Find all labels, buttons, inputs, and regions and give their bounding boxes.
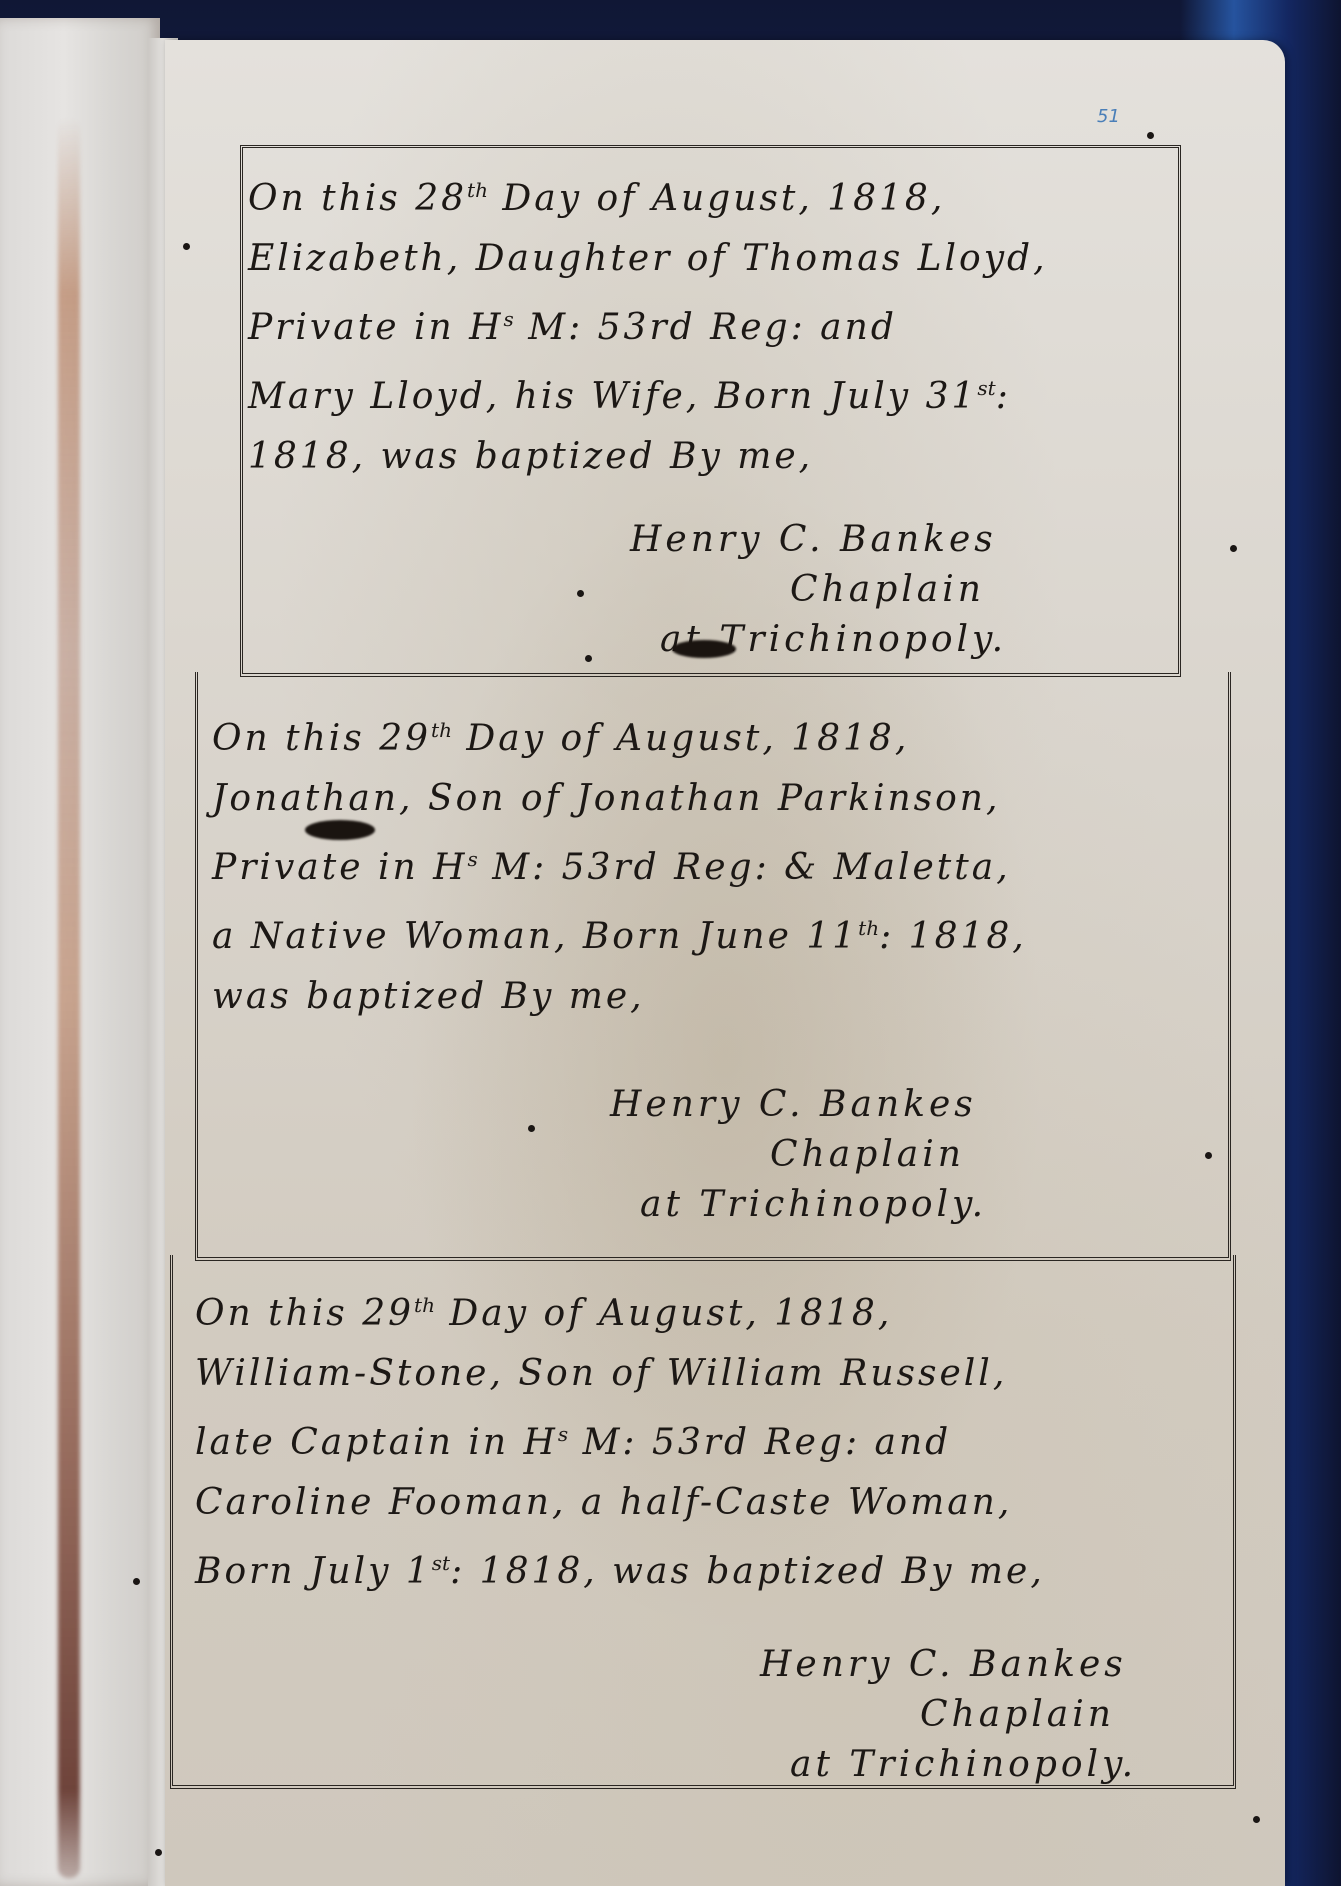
page-number: 51 [1097, 106, 1120, 127]
entry-line: Private in Hs M: 53rd Reg: and [248, 289, 1048, 358]
entry-line: Mary Lloyd, his Wife, Born July 31st: [248, 358, 1048, 427]
signature-block-3: Henry C. Bankes Chaplain at Trichinopoly… [760, 1640, 1137, 1790]
entry-line: Born July 1st: 1818, was baptized By me, [195, 1533, 1045, 1602]
foxing-dot [133, 1578, 140, 1585]
signature-title: Chaplain [760, 1690, 1137, 1740]
entry-line: Elizabeth, Daughter of Thomas Lloyd, [248, 229, 1048, 289]
foxing-dot [1205, 1152, 1212, 1159]
entry-line: 1818, was baptized By me, [248, 427, 1048, 487]
binding-rust-stain [58, 118, 80, 1878]
foxing-dot [528, 1125, 535, 1132]
entry-line: On this 28th Day of August, 1818, [248, 160, 1048, 229]
baptism-entry-2: On this 29th Day of August, 1818, Jonath… [212, 700, 1027, 1027]
foxing-dot [585, 655, 592, 662]
foxing-dot [577, 590, 584, 597]
signature-place: at Trichinopoly. [760, 1740, 1137, 1790]
signature-place: at Trichinopoly. [610, 1180, 987, 1230]
signature-name: Henry C. Bankes [760, 1640, 1137, 1690]
signature-title: Chaplain [630, 565, 1007, 615]
signature-name: Henry C. Bankes [630, 515, 1007, 565]
foxing-dot [1147, 132, 1154, 139]
signature-title: Chaplain [610, 1130, 987, 1180]
foxing-dot [1253, 1816, 1260, 1823]
ink-blot [305, 820, 375, 840]
ink-blot [672, 640, 736, 658]
entry-line: William-Stone, Son of William Russell, [195, 1344, 1045, 1404]
foxing-dot [1230, 545, 1237, 552]
entry-line: On this 29th Day of August, 1818, [212, 700, 1027, 769]
entry-line: Caroline Fooman, a half-Caste Woman, [195, 1473, 1045, 1533]
baptism-entry-3: On this 29th Day of August, 1818, Willia… [195, 1275, 1045, 1602]
entry-line: On this 29th Day of August, 1818, [195, 1275, 1045, 1344]
signature-block-2: Henry C. Bankes Chaplain at Trichinopoly… [610, 1080, 987, 1230]
foxing-dot [183, 243, 190, 250]
entry-line: late Captain in Hs M: 53rd Reg: and [195, 1404, 1045, 1473]
foxing-dot [155, 1849, 162, 1856]
entry-line: a Native Woman, Born June 11th: 1818, [212, 898, 1027, 967]
signature-place: at Trichinopoly. [630, 615, 1007, 665]
signature-name: Henry C. Bankes [610, 1080, 987, 1130]
left-facing-page [0, 18, 160, 1886]
baptism-entry-1: On this 28th Day of August, 1818, Elizab… [248, 160, 1048, 487]
entry-line: was baptized By me, [212, 967, 1027, 1027]
